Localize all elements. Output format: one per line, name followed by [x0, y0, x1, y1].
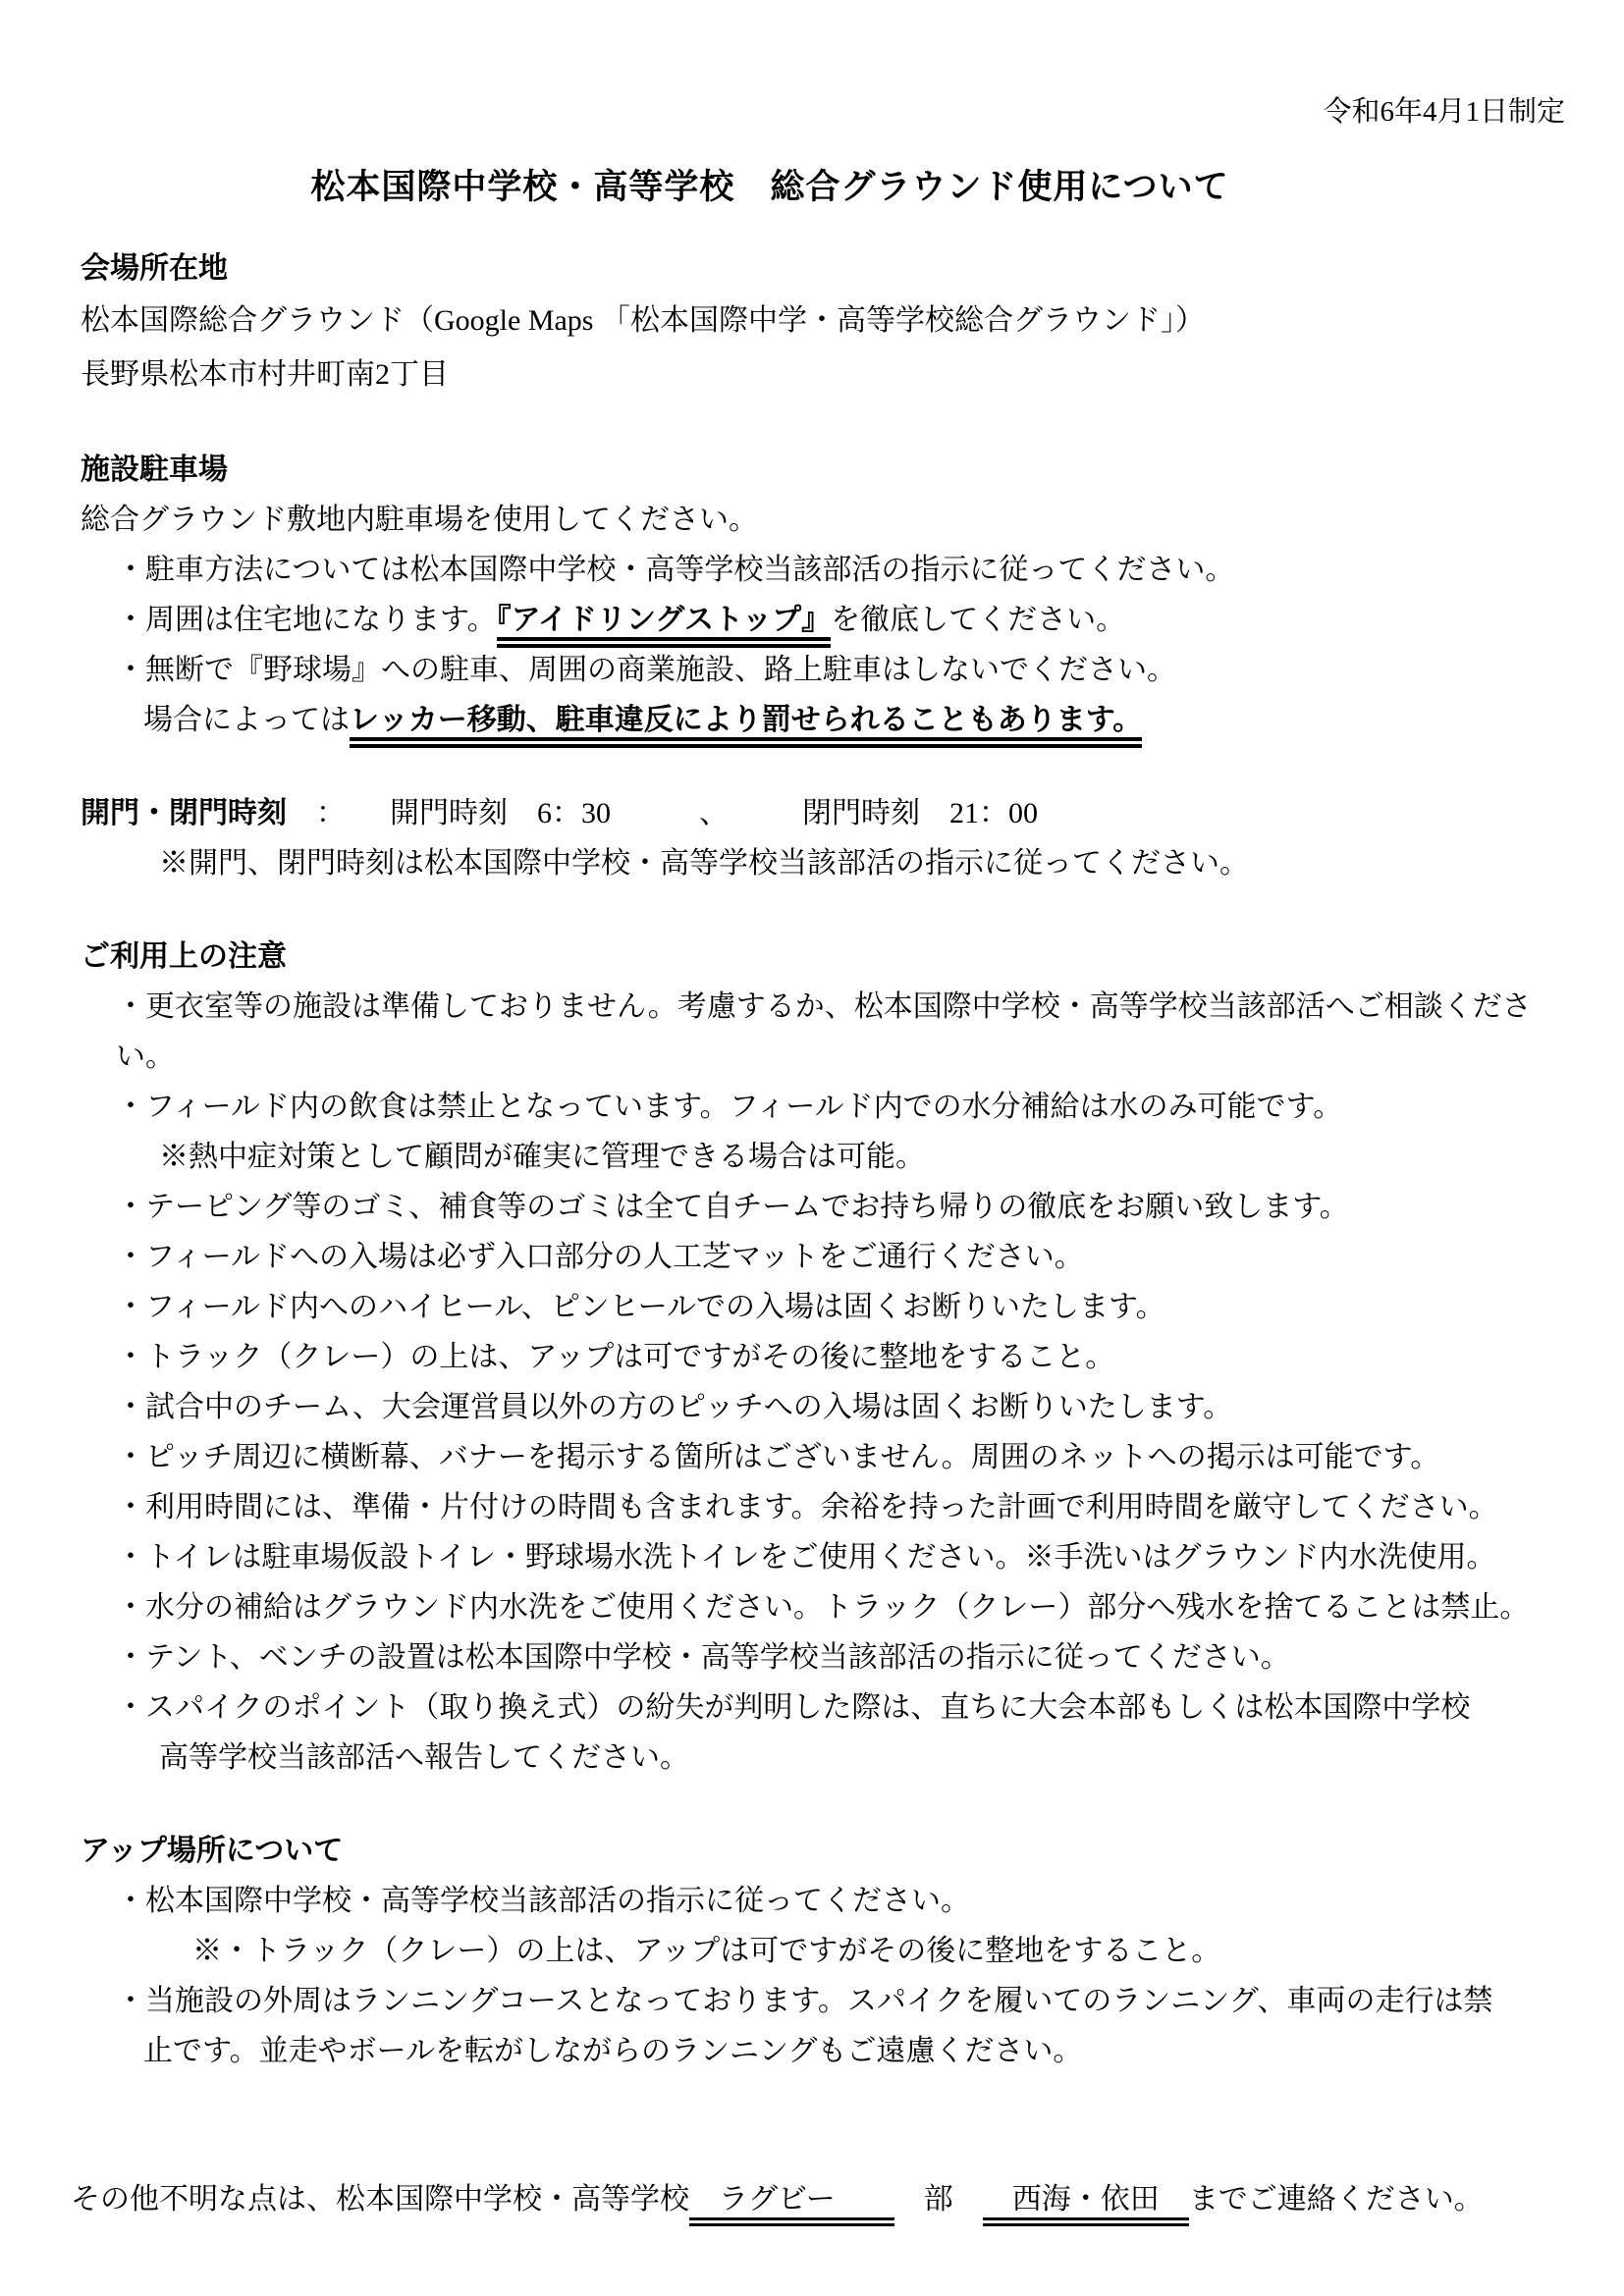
contact-person-blank: 西海・依田	[983, 2183, 1189, 2226]
warmup-running-course: ・当施設の外周はランニングコースとなっております。スパイクを履いてのランニング、…	[81, 1976, 1577, 2026]
section-warmup: アップ場所について ・松本国際中学校・高等学校当該部活の指示に従ってください。 …	[81, 1826, 1577, 2076]
usage-note-entrance-mat: ・フィールドへの入場は必ず入口部分の人工芝マットをご通行ください。	[81, 1232, 1577, 1282]
usage-note-tents: ・テント、ベンチの設置は松本国際中学校・高等学校当該部活の指示に従ってください。	[81, 1632, 1577, 1682]
usage-note-pitch-entry: ・試合中のチーム、大会運営員以外の方のピッチへの入場は固くお断りいたします。	[81, 1382, 1577, 1432]
parking-bullet-idling: ・周囲は住宅地になります。『アイドリングストップ』を徹底してください。	[81, 595, 1577, 645]
gate-hours-line: 開門・閉門時刻 ： 開門時刻 6：30 、 閉門時刻 21：00	[81, 788, 1577, 838]
usage-note-toilets: ・トイレは駐車場仮設トイレ・野球場水洗トイレをご使用ください。※手洗いはグラウン…	[81, 1532, 1577, 1582]
tow-warning-emphasis: レッカー移動、駐車違反により罰せられることもあります。	[350, 704, 1142, 748]
idling-stop-emphasis: 『アイドリングストップ』	[497, 604, 832, 648]
contact-club-suffix: 部	[894, 2183, 983, 2216]
usage-note-no-food: ・フィールド内の飲食は禁止となっています。フィールド内での水分補給は水のみ可能で…	[81, 1082, 1577, 1132]
contact-pre: その他不明な点は、松本国際中学校・高等学校	[71, 2183, 689, 2216]
usage-note-spike-points: ・スパイクのポイント（取り換え式）の紛失が判明した際は、直ちに大会本部もしくは松…	[81, 1682, 1577, 1733]
section-usage-notes: ご利用上の注意 ・更衣室等の施設は準備しておりません。考慮するか、松本国際中学校…	[81, 932, 1577, 1783]
page-title: 松本国際中学校・高等学校 総合グラウンド使用について	[81, 163, 1577, 212]
parking-tow-warning: 場合によってはレッカー移動、駐車違反により罰せられることもあります。	[81, 695, 1577, 745]
parking-bullet-no-unauthorized: ・無断で『野球場』への駐車、周囲の商業施設、路上駐車はしないでください。	[81, 645, 1577, 695]
usage-note-track-level: ・トラック（クレー）の上は、アップは可ですがその後に整地をすること。	[81, 1332, 1577, 1382]
warmup-follow-instructions: ・松本国際中学校・高等学校当該部活の指示に従ってください。	[81, 1876, 1577, 1926]
parking-bullet-method: ・駐車方法については松本国際中学校・高等学校当該部活の指示に従ってください。	[81, 545, 1577, 595]
contact-line: その他不明な点は、松本国際中学校・高等学校 ラグビー 部 西海・依田 までご連絡…	[71, 2174, 1577, 2224]
usage-note-trash: ・テーピング等のゴミ、補食等のゴミは全て自チームでお持ち帰りの徹底をお願い致しま…	[81, 1182, 1577, 1232]
section-parking: 施設駐車場 総合グラウンド敷地内駐車場を使用してください。 ・駐車方法については…	[81, 445, 1577, 745]
parking-bullet-idling-pre: ・周囲は住宅地になります。	[116, 604, 497, 636]
enactment-date: 令和6年4月1日制定	[81, 90, 1577, 133]
warmup-running-course-cont: 止です。並走やボールを転がしながらのランニングもご遠慮ください。	[81, 2026, 1577, 2076]
usage-note-spike-points-cont: 高等学校当該部活へ報告してください。	[81, 1733, 1577, 1783]
gate-hours-times: ： 開門時刻 6：30 、 閉門時刻 21：00	[287, 797, 1038, 829]
usage-note-banners: ・ピッチ周辺に横断幕、バナーを掲示する箇所はございません。周囲のネットへの掲示は…	[81, 1432, 1577, 1482]
document-page: 令和6年4月1日制定 松本国際中学校・高等学校 総合グラウンド使用について 会場…	[0, 0, 1624, 2296]
usage-notes-heading: ご利用上の注意	[81, 932, 1577, 982]
venue-ground-name: 松本国際総合グラウンド（Google Maps 「松本国際中学・高等学校総合グラ…	[81, 294, 1577, 347]
section-venue: 会場所在地 松本国際総合グラウンド（Google Maps 「松本国際中学・高等…	[81, 243, 1577, 401]
contact-club-blank: ラグビー	[689, 2183, 894, 2226]
venue-heading: 会場所在地	[81, 243, 1577, 294]
section-gate-hours: 開門・閉門時刻 ： 開門時刻 6：30 、 閉門時刻 21：00 ※開門、閉門時…	[81, 788, 1577, 888]
warmup-track-note: ※・トラック（クレー）の上は、アップは可ですがその後に整地をすること。	[81, 1926, 1577, 1976]
usage-note-time-limit: ・利用時間には、準備・片付けの時間も含まれます。余裕を持った計画で利用時間を厳守…	[81, 1482, 1577, 1532]
tow-warning-pre: 場合によっては	[143, 704, 350, 736]
venue-address: 長野県松本市村井町南2丁目	[81, 347, 1577, 401]
parking-bullet-idling-post: を徹底してください。	[831, 604, 1125, 636]
gate-hours-note: ※開門、閉門時刻は松本国際中学校・高等学校当該部活の指示に従ってください。	[81, 838, 1577, 888]
parking-intro: 総合グラウンド敷地内駐車場を使用してください。	[81, 495, 1577, 545]
usage-note-heatstroke: ※熱中症対策として顧問が確実に管理できる場合は可能。	[81, 1132, 1577, 1182]
usage-note-changing-room: ・更衣室等の施設は準備しておりません。考慮するか、松本国際中学校・高等学校当該部…	[81, 982, 1577, 1082]
gate-hours-heading: 開門・閉門時刻	[81, 797, 287, 829]
usage-note-water: ・水分の補給はグラウンド内水洗をご使用ください。トラック（クレー）部分へ残水を捨…	[81, 1582, 1577, 1632]
contact-post: までご連絡ください。	[1189, 2183, 1484, 2216]
parking-heading: 施設駐車場	[81, 445, 1577, 495]
usage-note-no-heels: ・フィールド内へのハイヒール、ピンヒールでの入場は固くお断りいたします。	[81, 1282, 1577, 1332]
warmup-heading: アップ場所について	[81, 1826, 1577, 1876]
